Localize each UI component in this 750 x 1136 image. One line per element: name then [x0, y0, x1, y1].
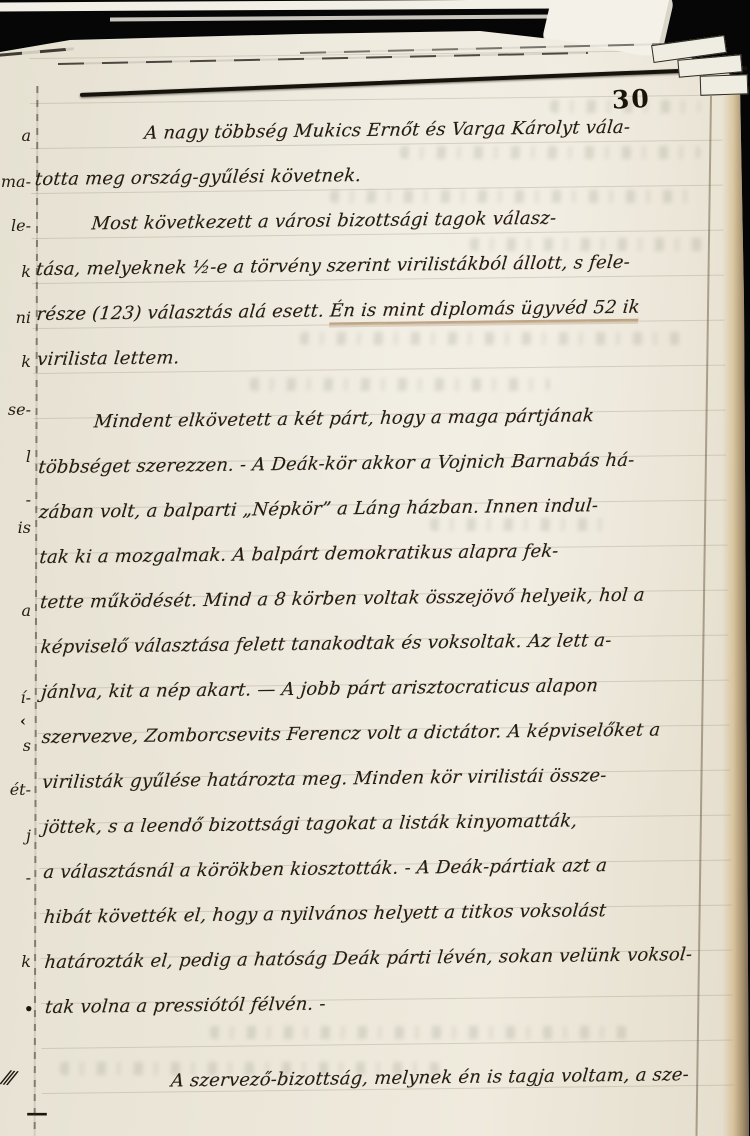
- margin-fragment: ét-: [0, 780, 31, 799]
- margin-fragment: k: [0, 262, 31, 281]
- margin-fragment: -: [0, 490, 31, 509]
- margin-fragment: ni: [0, 308, 31, 327]
- page-edge-shading: [722, 50, 750, 1136]
- margin-fragment: j: [0, 826, 31, 845]
- line-text: része (123) választás alá esett.: [36, 300, 331, 325]
- handwriting-layer: 30 A nagy többség Mukics Ernőt és Varga …: [0, 0, 750, 1136]
- manuscript-page: 30 A nagy többség Mukics Ernőt és Varga …: [0, 0, 750, 1136]
- margin-fragment: is: [0, 518, 31, 537]
- margin-mark: ‹: [20, 712, 26, 730]
- margin-fragment: a: [0, 126, 31, 145]
- underlined-phrase: Én is mint diplomás ügyvéd 52 ik: [329, 297, 641, 325]
- top-page-edge: [0, 0, 562, 11]
- manuscript-scan: 30 A nagy többség Mukics Ernőt és Varga …: [0, 0, 750, 1136]
- margin-fragment: se-: [0, 400, 31, 419]
- fanned-page-corner: [700, 74, 749, 96]
- margin-fragment: l: [0, 447, 31, 466]
- bullet-mark: •: [24, 1000, 34, 1018]
- margin-fragment: s: [0, 736, 31, 755]
- page-number: 30: [611, 84, 651, 115]
- manuscript-line: totta meg ország-gyűlési követnek.: [34, 167, 362, 189]
- margin-fragment: le-: [0, 216, 31, 235]
- margin-fragment: a: [0, 601, 31, 620]
- manuscript-line: virilista lettem.: [36, 349, 180, 369]
- margin-fragment: í-: [0, 688, 31, 707]
- margin-fragment: -: [0, 868, 31, 887]
- top-page-edge-line: [110, 14, 555, 21]
- margin-fragment: k: [0, 952, 31, 971]
- dash-mark: —: [26, 1100, 48, 1126]
- manuscript-line: része (123) választás alá esett. Én is m…: [36, 299, 641, 324]
- margin-fragment: k: [0, 352, 31, 371]
- margin-fragment: ma-: [0, 172, 31, 191]
- manuscript-line: tak volna a pressiótól félvén. -: [44, 996, 326, 1017]
